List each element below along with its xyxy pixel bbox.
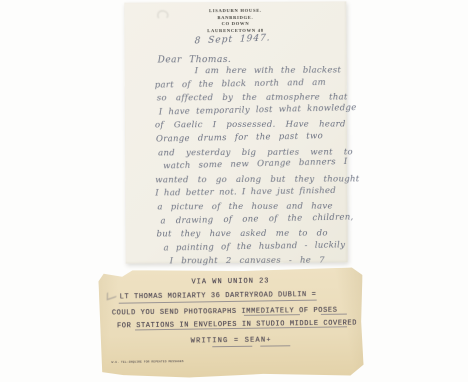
letterhead-line: LAURENCETOWN 48: [124, 27, 346, 35]
underline-mark: [212, 345, 252, 346]
handwritten-line: I have temporarily lost what knowledge: [159, 102, 333, 120]
handwritten-line: a drawing of one of the children,: [160, 211, 333, 228]
handwritten-line: a painting of the husband - luckily: [163, 239, 333, 256]
scanned-documents: LISADURN HOUSE.BANBRIDGE.CO DOWNLAURENCE…: [0, 0, 468, 382]
letter-date: 8 Sept 1947.: [194, 33, 271, 46]
handwritten-line: I brought 2 canvases - he 7: [170, 255, 334, 269]
handwritten-line: I had better not. I have just finished: [155, 185, 333, 201]
handwritten-line: watch some new Orange banners I: [163, 156, 333, 174]
letter-page: LISADURN HOUSE.BANBRIDGE.CO DOWNLAURENCE…: [124, 1, 347, 263]
pencil-tick-mark: [107, 290, 117, 301]
telegram-slip: VIA WN UNION 23 LT THOMAS MORIARTY 36 DA…: [98, 267, 363, 378]
letterhead: LISADURN HOUSE.BANBRIDGE.CO DOWNLAURENCE…: [124, 7, 346, 35]
handwritten-line: Orange drums for the past two: [156, 130, 333, 147]
handwritten-line: part of the black north and am: [155, 76, 333, 92]
letter-body: I am here with the blackestpart of the b…: [155, 64, 334, 269]
letter-salutation: Dear Thomas.: [158, 55, 232, 65]
underline-mark: [260, 345, 290, 346]
telegram-message-line: FOR STATIONS IN ENVELOPES IN STUDIO MIDD…: [117, 317, 363, 333]
telegram-fine-print: W.U. TEL—INQUIRE FOR REPEATED MESSAGES: [111, 360, 183, 364]
telegram-routing-line: VIA WN UNION 23: [98, 276, 362, 287]
